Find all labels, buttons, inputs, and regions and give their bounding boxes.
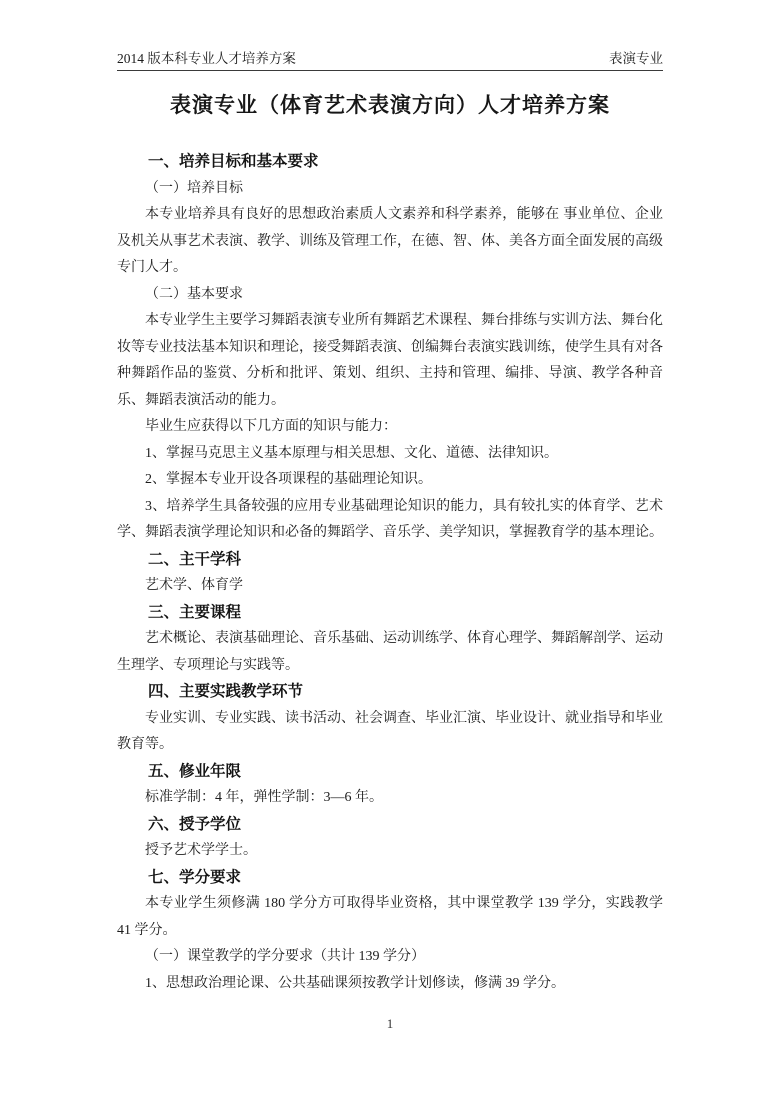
paragraph: 专业实训、专业实践、读书活动、社会调查、毕业汇演、毕业设计、就业指导和毕业教育等… [117,706,663,759]
paragraph: 本专业培养具有良好的思想政治素质人文素养和科学素养，能够在 事业单位、企业及机关… [117,202,663,282]
paragraph: 艺术概论、表演基础理论、音乐基础、运动训练学、体育心理学、舞蹈解剖学、运动生理学… [117,626,663,679]
paragraph: 本专业学生须修满 180 学分方可取得毕业资格，其中课堂教学 139 学分，实践… [117,891,663,944]
document-body: 一、培养目标和基本要求 （一）培养目标 本专业培养具有良好的思想政治素质人文素养… [117,149,663,997]
section-heading-6: 六、授予学位 [117,812,663,839]
paragraph: 艺术学、体育学 [117,573,663,600]
paragraph: 毕业生应获得以下几方面的知识与能力： [117,414,663,441]
section-heading-2: 二、主干学科 [117,547,663,574]
subsection-heading: （一）课堂教学的学分要求（共计 139 学分） [117,944,663,971]
page-title: 表演专业（体育艺术表演方向）人才培养方案 [0,89,780,119]
section-heading-3: 三、主要课程 [117,600,663,627]
list-item: 3、培养学生具备较强的应用专业基础理论知识的能力，具有较扎实的体育学、艺术学、舞… [117,494,663,547]
header-right-text: 表演专业 [609,50,663,68]
page-footer: 1 [0,1016,780,1032]
page-number: 1 [387,1016,394,1031]
section-heading-4: 四、主要实践教学环节 [117,679,663,706]
header-left-text: 2014 版本科专业人才培养方案 [117,50,296,68]
list-item: 1、思想政治理论课、公共基础课须按教学计划修读，修满 39 学分。 [117,971,663,998]
list-item: 1、掌握马克思主义基本原理与相关思想、文化、道德、法律知识。 [117,441,663,468]
paragraph: 标准学制：4 年，弹性学制：3—6 年。 [117,785,663,812]
document-page: 2014 版本科专业人才培养方案 表演专业 表演专业（体育艺术表演方向）人才培养… [0,0,780,1103]
section-heading-5: 五、修业年限 [117,759,663,786]
subsection-heading: （二）基本要求 [117,282,663,309]
list-item: 2、掌握本专业开设各项课程的基础理论知识。 [117,467,663,494]
section-heading-7: 七、学分要求 [117,865,663,892]
paragraph: 本专业学生主要学习舞蹈表演专业所有舞蹈艺术课程、舞台排练与实训方法、舞台化妆等专… [117,308,663,414]
paragraph: 授予艺术学学士。 [117,838,663,865]
section-heading-1: 一、培养目标和基本要求 [117,149,663,176]
page-header: 2014 版本科专业人才培养方案 表演专业 [117,50,663,71]
subsection-heading: （一）培养目标 [117,176,663,203]
